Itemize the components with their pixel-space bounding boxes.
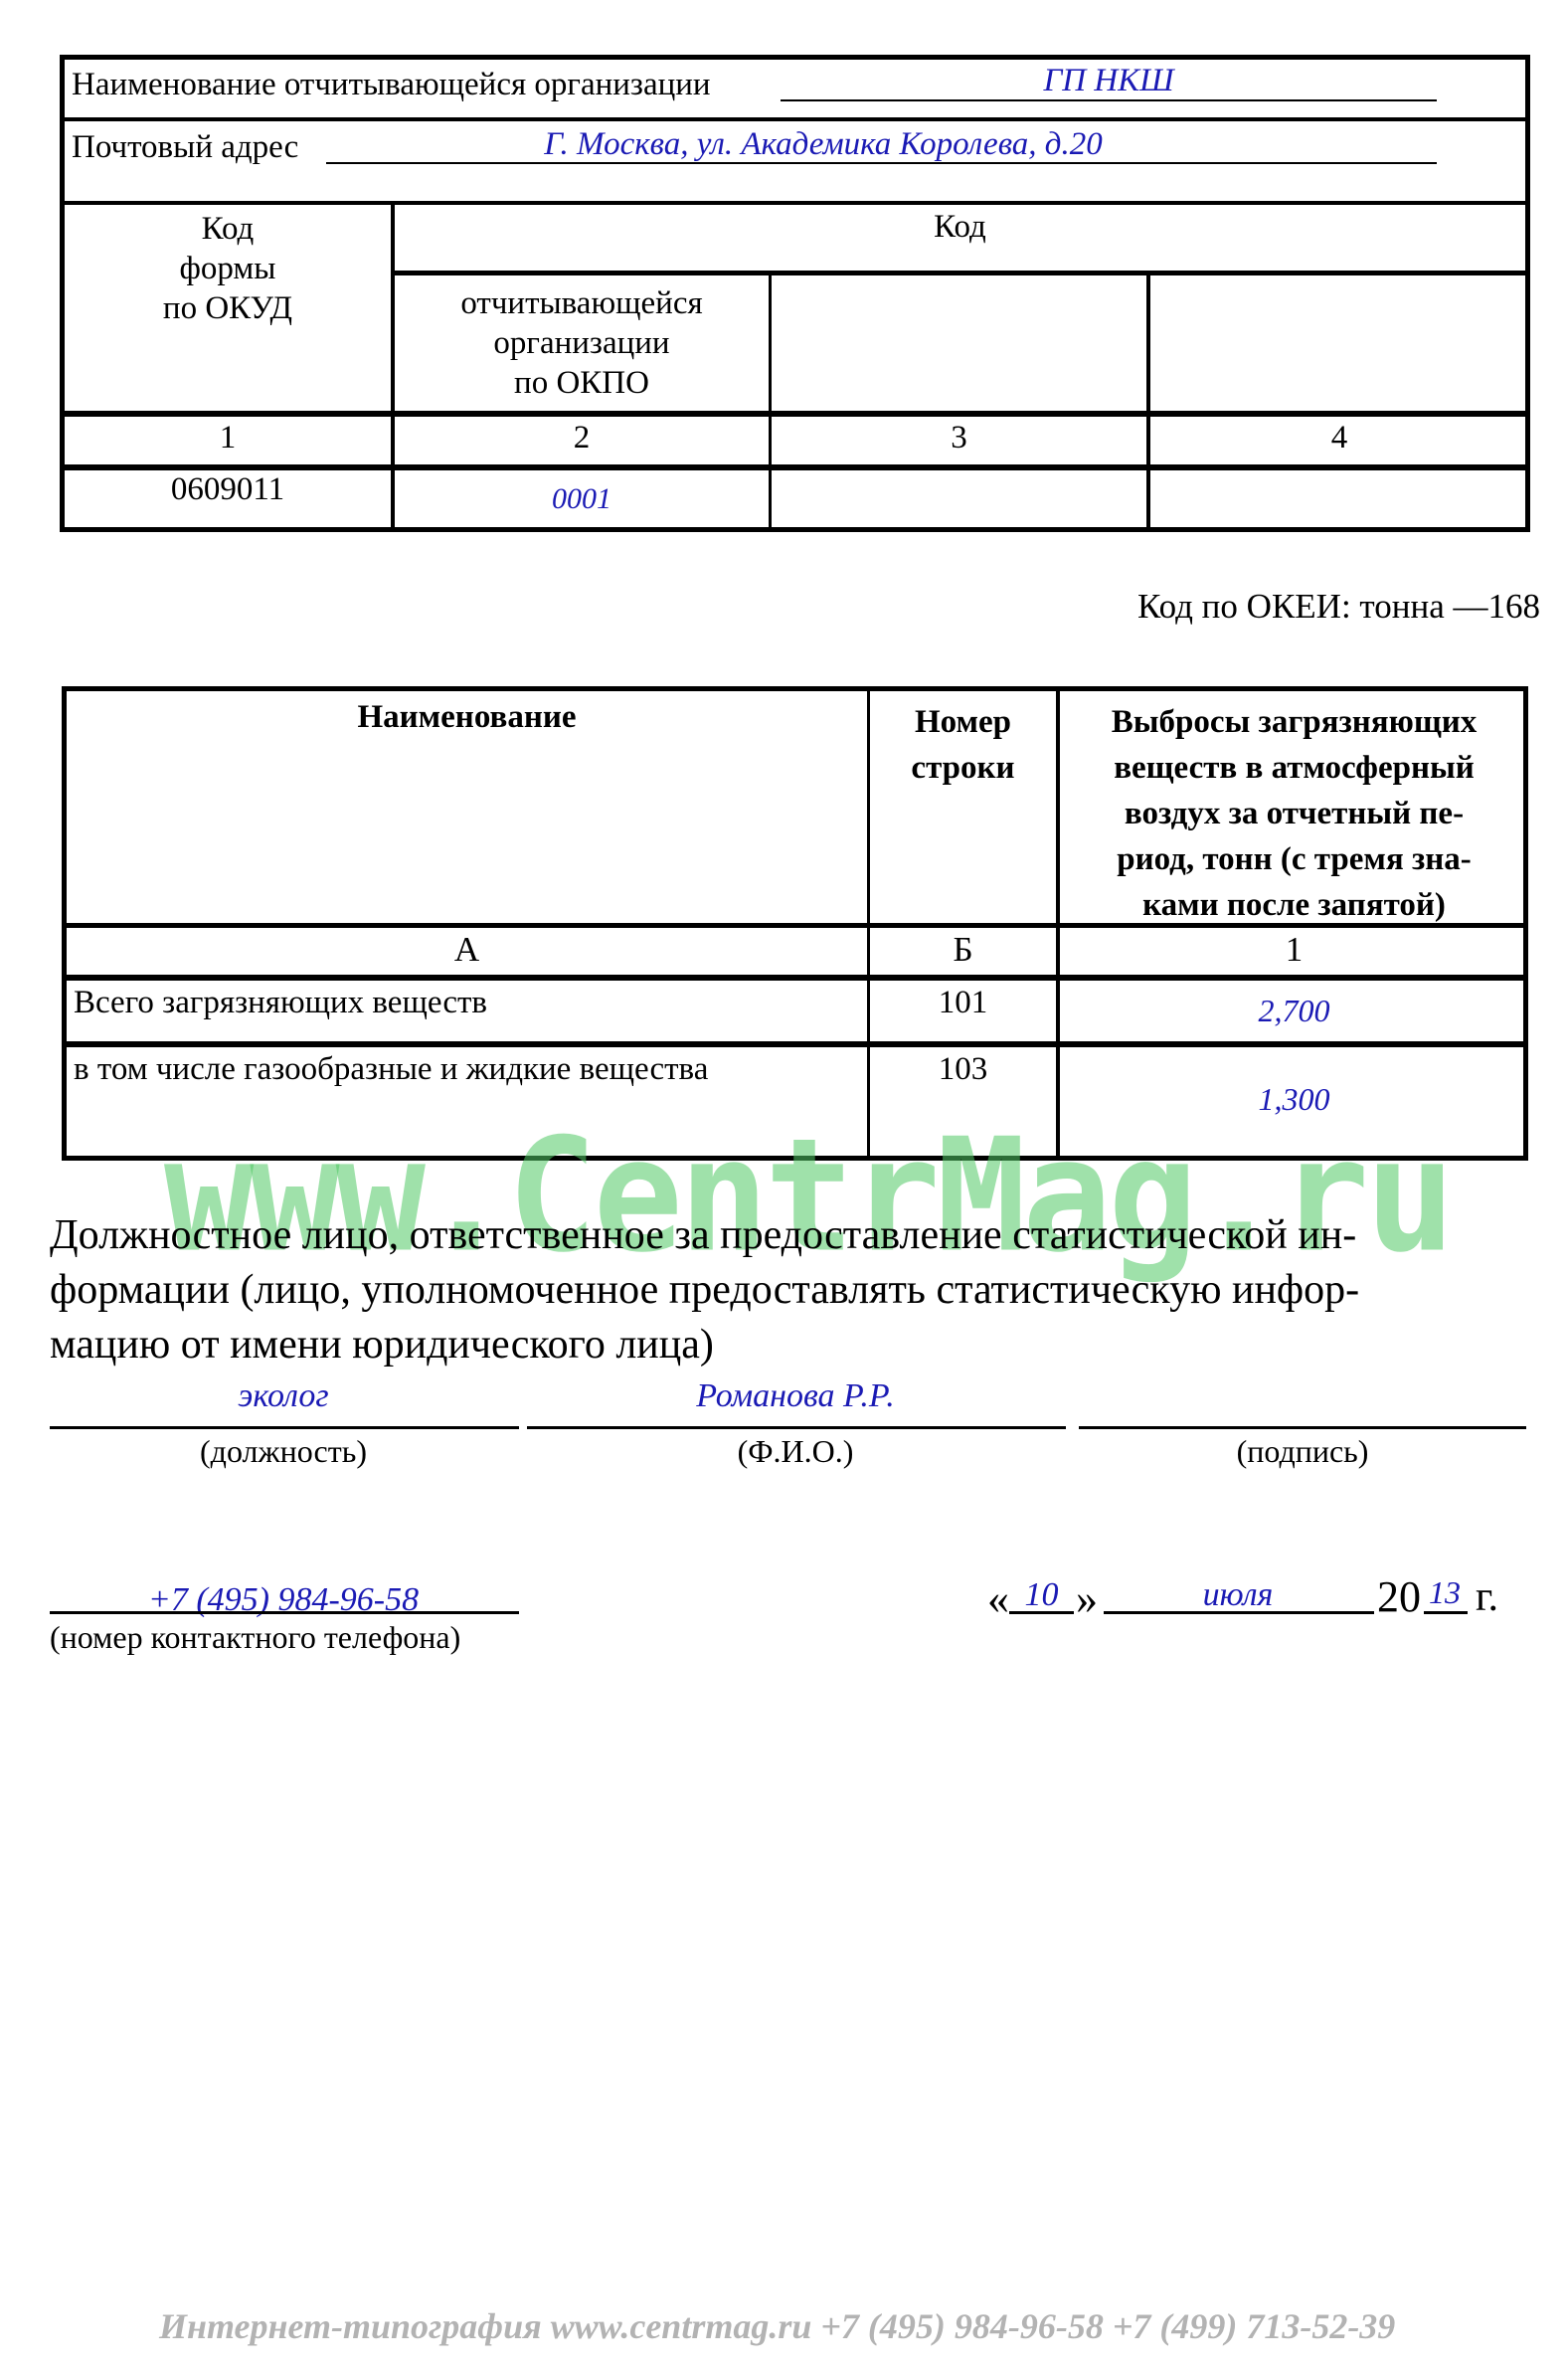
header-line: риод, тонн (с тремя зна-: [1060, 836, 1528, 882]
printer-footer: Интернет-типография www.centrmag.ru +7 (…: [159, 2305, 1395, 2347]
divider: [65, 117, 1525, 121]
okpo-header: отчитывающейся организации по ОКПО: [395, 283, 769, 403]
paragraph-line: мацию от имени юридического лица): [50, 1318, 1359, 1372]
date-month[interactable]: июля: [1104, 1576, 1372, 1614]
position-line: [50, 1426, 519, 1429]
date-year-line: [1424, 1611, 1468, 1614]
row-number: 103: [870, 1051, 1056, 1088]
okpo-value[interactable]: 0001: [395, 482, 769, 516]
position-value[interactable]: эколог: [50, 1377, 517, 1415]
column-number: 1: [65, 420, 391, 457]
column-number: 2: [395, 420, 769, 457]
okpo-header-line: отчитывающейся: [395, 283, 769, 323]
row-value[interactable]: 1,300: [1060, 1081, 1528, 1118]
header-line: строки: [870, 745, 1056, 791]
okpo-header-line: организации: [395, 323, 769, 363]
divider: [65, 201, 1525, 205]
divider: [67, 975, 1523, 981]
org-name-underline: [781, 99, 1437, 101]
date-century: 20: [1377, 1571, 1421, 1622]
paragraph-line: Должностное лицо, ответственное за предо…: [50, 1208, 1359, 1263]
column-number: 3: [772, 420, 1146, 457]
divider: [1146, 274, 1150, 527]
okud-header: Код формы по ОКУД: [65, 209, 391, 328]
column-letter: А: [67, 930, 867, 970]
divider: [395, 271, 1525, 275]
header-line: Номер: [870, 699, 1056, 745]
okud-header-line: по ОКУД: [65, 288, 391, 328]
row-value[interactable]: 2,700: [1060, 993, 1528, 1029]
column-letter: Б: [870, 930, 1056, 970]
org-name-label: Наименование отчитывающейся организации: [72, 67, 711, 103]
signature-line: [1079, 1426, 1526, 1429]
organization-codes-table: Наименование отчитывающейся организации …: [60, 55, 1530, 532]
phone-line: [50, 1611, 519, 1614]
okud-value: 0609011: [65, 471, 391, 508]
full-name-value[interactable]: Романова Р.Р.: [527, 1377, 1064, 1415]
phone-label: (номер контактного телефона): [50, 1619, 460, 1656]
date-suffix: г.: [1476, 1573, 1498, 1621]
emissions-table: Наименование Номер строки Выбросы загряз…: [62, 686, 1528, 1161]
address-label: Почтовый адрес: [72, 129, 298, 166]
org-name-value[interactable]: ГП НКШ: [781, 63, 1437, 99]
name-column-header: Наименование: [67, 699, 867, 736]
date-day-line: [1009, 1611, 1074, 1614]
divider: [65, 464, 1525, 470]
header-line: ками после запятой): [1060, 882, 1528, 928]
date-day[interactable]: 10: [1009, 1576, 1074, 1614]
column-number: 4: [1150, 420, 1528, 457]
emissions-column-header: Выбросы загрязняющих веществ в атмосферн…: [1060, 699, 1528, 928]
full-name-line: [527, 1426, 1066, 1429]
okei-code: Код по ОКЕИ: тонна —168: [1137, 587, 1540, 627]
signature-label: (подпись): [1079, 1433, 1526, 1470]
row-number-column-header: Номер строки: [870, 699, 1056, 791]
column-letter: 1: [1060, 930, 1528, 970]
row-number: 101: [870, 985, 1056, 1021]
header-line: Выбросы загрязняющих: [1060, 699, 1528, 745]
code-group-header: Код: [395, 209, 1525, 246]
okud-header-line: формы: [65, 249, 391, 288]
date-month-line: [1104, 1611, 1374, 1614]
divider: [67, 1041, 1523, 1047]
address-value[interactable]: Г. Москва, ул. Академика Королева, д.20: [326, 126, 1320, 163]
responsible-paragraph: Должностное лицо, ответственное за предо…: [50, 1208, 1359, 1372]
okud-header-line: Код: [65, 209, 391, 249]
date-year[interactable]: 13: [1424, 1574, 1466, 1611]
divider: [65, 411, 1525, 417]
row-name: Всего загрязняющих веществ: [74, 985, 487, 1021]
header-line: воздух за отчетный пе-: [1060, 791, 1528, 836]
date-close-quote: »: [1076, 1573, 1098, 1624]
full-name-label: (Ф.И.О.): [527, 1433, 1064, 1470]
okpo-header-line: по ОКПО: [395, 363, 769, 403]
position-label: (должность): [50, 1433, 517, 1470]
paragraph-line: формации (лицо, уполномоченное предостав…: [50, 1263, 1359, 1318]
header-line: веществ в атмосферный: [1060, 745, 1528, 791]
divider: [769, 274, 772, 527]
date-open-quote: «: [987, 1573, 1009, 1624]
row-name: в том числе газообразные и жидкие вещест…: [74, 1051, 708, 1088]
